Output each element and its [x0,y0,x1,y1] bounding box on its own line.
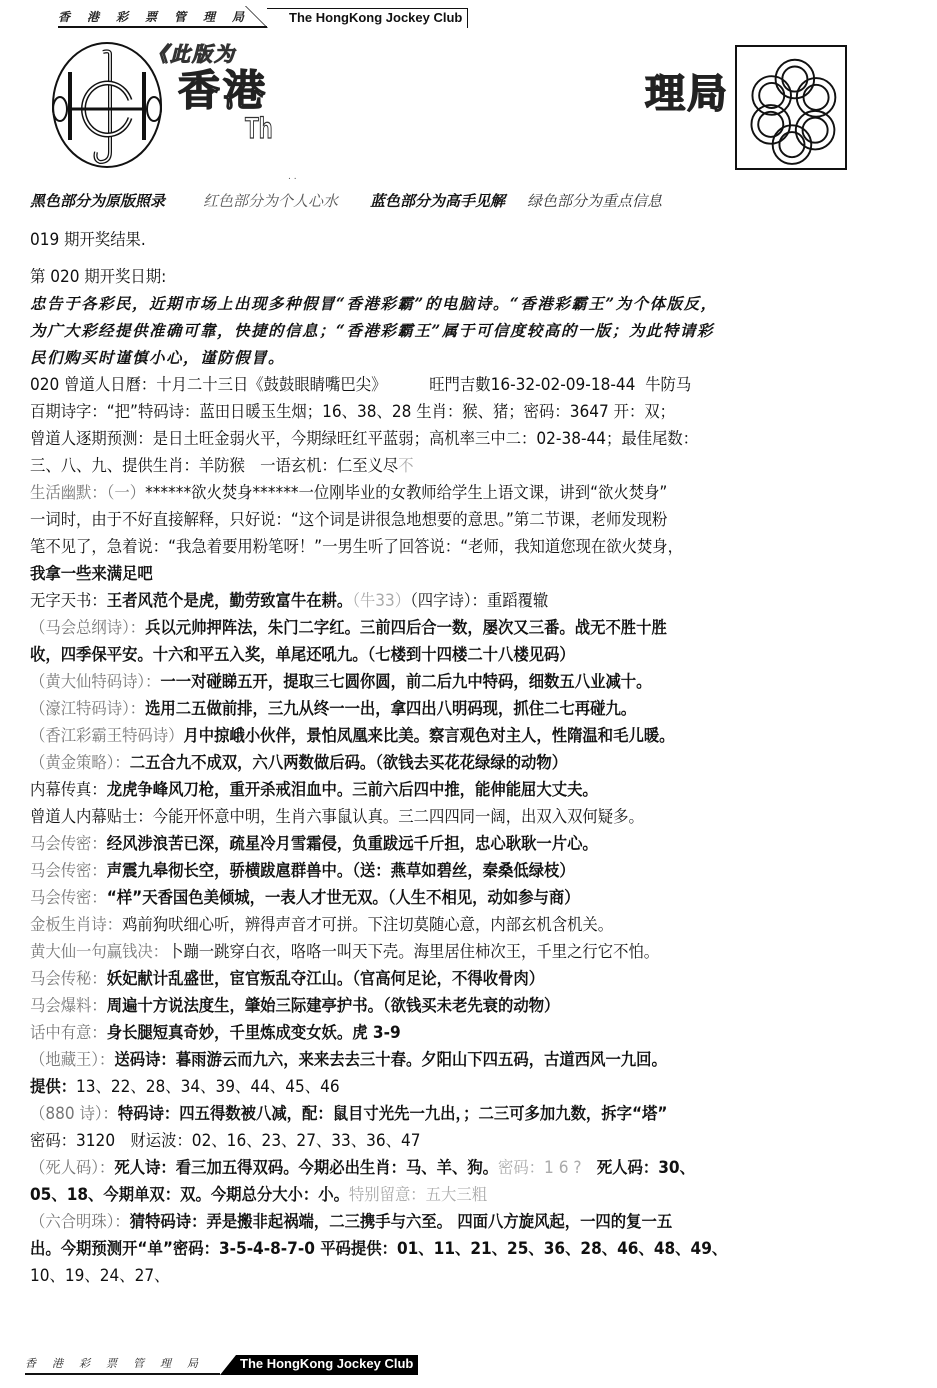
banner-cn-title: 香港彩票管理局 [58,8,267,28]
humor-line-4: 我拿一些来满足吧 [30,560,848,587]
document-body: 019 期开奖结果. 第 020 期开奖日期: 忠告于各彩民，近期市场上出现多种… [30,226,910,1289]
dizang-line: （地藏王）：送码诗：暮雨游云而九六，来来去去三十春。夕阳山下四五码，古道西风一九… [30,1046,848,1073]
humor-line-2: 一词时，由于不好直接解释，只好说：“这个词是讲很急地想要的意思。”第二节课，老师… [30,506,848,533]
xiangjiang-line: （香江彩霸王特码诗）月中掠峨小伙伴，景怕凤凰来比美。察言观色对主人，性隋温和毛儿… [30,722,848,749]
poem-880-line: （880 诗）：特码诗：四五得数被八减，配：鼠目寸光先一九出，；二三可多加九数，… [30,1100,848,1127]
mahui-line-1: （马会总纲诗）：兵以元帅押阵法，朱门二字红。三前四后合一数，屡次又三番。战无不胜… [30,614,848,641]
banner-en-title: The HongKong Jockey Club [267,8,468,28]
legend-green: 绿色部分为重点信息 [527,190,662,211]
mahui-leak-line: 马会爆料：周遍十方说法度生，肇始三际建亭护书。（欲钱买未老先衰的动物） [30,992,848,1019]
banner-en-title: The HongKong Jockey Club [220,1355,418,1375]
rings-logo-icon [735,45,847,170]
legend-red: 红色部分为个人心水 [203,190,338,211]
liuhe-line-2: 出。今期预测开“单”密码：3-5-4-8-7-0 平码提供：01、11、21、2… [30,1235,848,1262]
legend-blue: 蓝色部分为高手见解 [370,190,505,211]
haojiang-line: （濠江特码诗）：选用二五做前排，三九从终一一出，拿四出八明码现，抓住二七再碰九。 [30,695,848,722]
top-banner: 香港彩票管理局 The HongKong Jockey Club [58,6,468,28]
hdx-win-line: 黄大仙一句赢钱决：卜蹦一跳穿白衣，咯咯一叫天下壳。海里居住柿次王，千里之行它不怕… [30,938,848,965]
password-line: 密码：3120 财运波：02、16、23、27、33、36、47 [30,1127,848,1154]
jinban-line: 金板生肖诗：鸡前狗吠细心听，辨得声音才可拼。下注切莫随心意，内部玄机含机关。 [30,911,848,938]
notice-line-3: 民们购买时谨慎小心，谨防假冒。 [30,344,910,371]
humor-line-1: 生活幽默：（一）******欲火焚身******一位刚毕业的女教师给学生上语文课… [30,479,848,506]
legend-black: 黑色部分为原版照录 [30,190,165,211]
bottom-banner: 香港彩票管理局 The HongKong Jockey Club [25,1353,418,1375]
liuhe-line-1: （六合明珠）：猜特码诗：弄是搬非起祸端，二三携手与六至。 四面八方旋风起，一四的… [30,1208,848,1235]
mahui-secret-2: 马会传密：声震九皋彻长空，骄横跋扈群兽中。（送：燕草如碧丝，秦桑低绿枝） [30,857,848,884]
header-title-en: Th [245,112,272,146]
header-title-right: 理局 [645,62,729,119]
dead-code-line-2: 05、18、今期单双：双。今期总分大小：小。特别留意：五大三粗 [30,1181,848,1208]
mahui-hidden-line: 马会传秘：妖妃献计乱盛世，宦官叛乱夺江山。（官高何足论，不得收骨肉） [30,965,848,992]
almanac-line: 020 曾道人日曆：十月二十三日《鼓鼓眼睛嘴巴尖》旺門吉數16-32-02-09… [30,371,848,398]
prediction-line: 曾道人逐期预测：是日土旺金弱火平，今期绿旺红平蓝弱；高机率三中二：02-38-4… [30,425,848,452]
poem-line: 百期诗字：“把”特码诗：蓝田日暖玉生烟；16、38、28 生肖：猴、猪；密码：3… [30,398,848,425]
header-dots: . . [288,172,297,182]
mahui-secret-3: 马会传密：“样”天香国色美倾城，一表人才世无双。（人生不相见，动如参与商） [30,884,848,911]
prev-result: 019 期开奖结果. [30,226,848,253]
header-title: 香港 [178,58,268,118]
liuhe-line-3: 10、19、24、27、 [30,1262,848,1289]
golden-strategy-line: （黄金策略）：二五合九不成双，六八两数做后码。（欲钱去买花花绿绿的动物） [30,749,848,776]
dead-code-line-1: （死人码）：死人诗：看三加五得双码。今期必出生肖：马、羊、狗。密码：1 6 ? … [30,1154,848,1181]
zengdao-tips-line: 曾道人内幕贴士：今能开怀意中明，生肖六事鼠认真。三二四四同一阔，出双入双何疑多。 [30,803,848,830]
banner-cn-title: 香港彩票管理局 [25,1355,220,1375]
provided-numbers-line: 提供：13、22、28、34、39、44、45、46 [30,1073,848,1100]
notice-line-2: 为广大彩经提供准确可靠，快捷的信息；“香港彩霸王”属于可信度较高的一版；为此特请… [30,317,910,344]
insider-line: 内幕传真：龙虎争峰风刀枪，重开杀戒泪血中。三前六后四中推，能伸能屈大丈夫。 [30,776,848,803]
color-legend: 黑色部分为原版照录 红色部分为个人心水 蓝色部分为高手见解 绿色部分为重点信息 [30,190,662,211]
mahui-line-2: 收，四季保平安。十六和平五入奖，单尾还吼九。（七楼到十四楼二十八楼见码） [30,641,848,668]
prediction-line-2: 三、八、九、提供生肖：羊防猴 一语玄机：仁至义尽不 [30,452,848,479]
next-draw-date: 第 020 期开奖日期: [30,263,848,290]
wuzi-line: 无字天书：王者风范个是虎，勤劳致富牛在耕。（牛33）（四字诗）：重蹈覆辙 [30,587,848,614]
notice-line-1: 忠告于各彩民，近期市场上出现多种假冒“香港彩霸”的电脑诗。“香港彩霸王”为个体版… [30,290,910,317]
mahui-secret-1: 马会传密：经风涉浪苦已深，疏星冷月雪霜侵，负重跋远千斤担，忠心耿耿一片心。 [30,830,848,857]
hint-line: 话中有意：身长腿短真奇妙，千里炼成变女妖。虎 3-9 [30,1019,848,1046]
hdx-line: （黄大仙特码诗）：一一对碰睇五开，提取三七圆你圆，前二后九中特码，细数五八业减十… [30,668,848,695]
humor-line-3: 笔不见了，急着说：“我急着要用粉笔呀！”一男生听了回答说：“老师，我知道您现在欲… [30,533,848,560]
